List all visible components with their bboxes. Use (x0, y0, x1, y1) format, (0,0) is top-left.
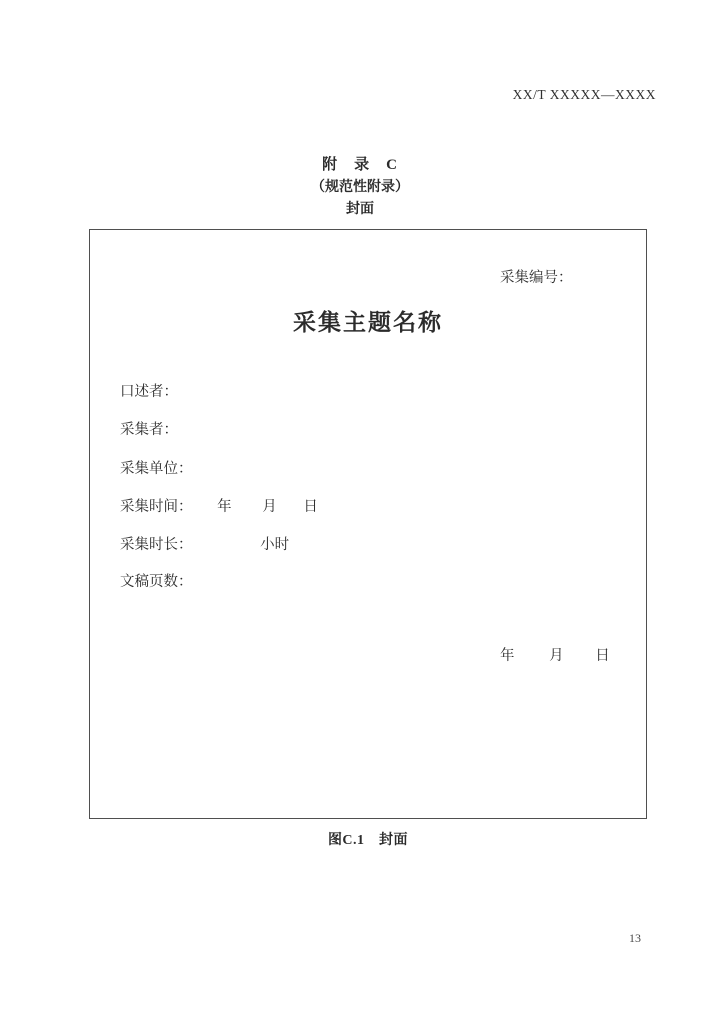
standard-doc-code: XX/T XXXXX—XXXX (513, 87, 656, 103)
appendix-type-note: （规范性附录） (0, 176, 720, 196)
collection-time-label: 采集时间： (120, 499, 193, 515)
field-row-collection-unit: 采集单位： (120, 457, 193, 478)
collection-time-month: 月 (262, 499, 277, 515)
appendix-title: 封面 (0, 198, 720, 218)
signature-date-line: 年 月 日 (500, 644, 610, 665)
page-number: 13 (629, 931, 641, 946)
field-row-collection-duration: 采集时长： 小时 (120, 533, 289, 554)
date-year: 年 (500, 648, 515, 664)
appendix-label: 附 录 C (0, 153, 720, 174)
narrator-label: 口述者： (120, 384, 178, 400)
collection-time-year: 年 (217, 499, 232, 515)
collection-unit-label: 采集单位： (120, 461, 193, 477)
collector-label: 采集者： (120, 422, 178, 438)
date-day: 日 (595, 648, 610, 664)
manuscript-pages-label: 文稿页数： (120, 574, 193, 590)
collection-number-label: 采集编号： (500, 266, 573, 287)
date-month: 月 (549, 648, 564, 664)
field-row-narrator: 口述者： (120, 380, 178, 401)
figure-caption: 图C.1 封面 (89, 829, 647, 849)
cover-main-title: 采集主题名称 (90, 304, 646, 337)
field-row-collection-time: 采集时间： 年 月 日 (120, 495, 318, 516)
cover-form-box: 采集编号： 采集主题名称 口述者： 采集者： 采集单位： 采集时间： 年 月 日… (89, 229, 647, 819)
collection-duration-unit: 小时 (260, 537, 289, 553)
document-page: XX/T XXXXX—XXXX 附 录 C （规范性附录） 封面 采集编号： 采… (0, 0, 720, 1019)
collection-time-day: 日 (303, 499, 318, 515)
collection-duration-label: 采集时长： (120, 537, 193, 553)
field-row-collector: 采集者： (120, 418, 178, 439)
field-row-manuscript-pages: 文稿页数： (120, 570, 193, 591)
